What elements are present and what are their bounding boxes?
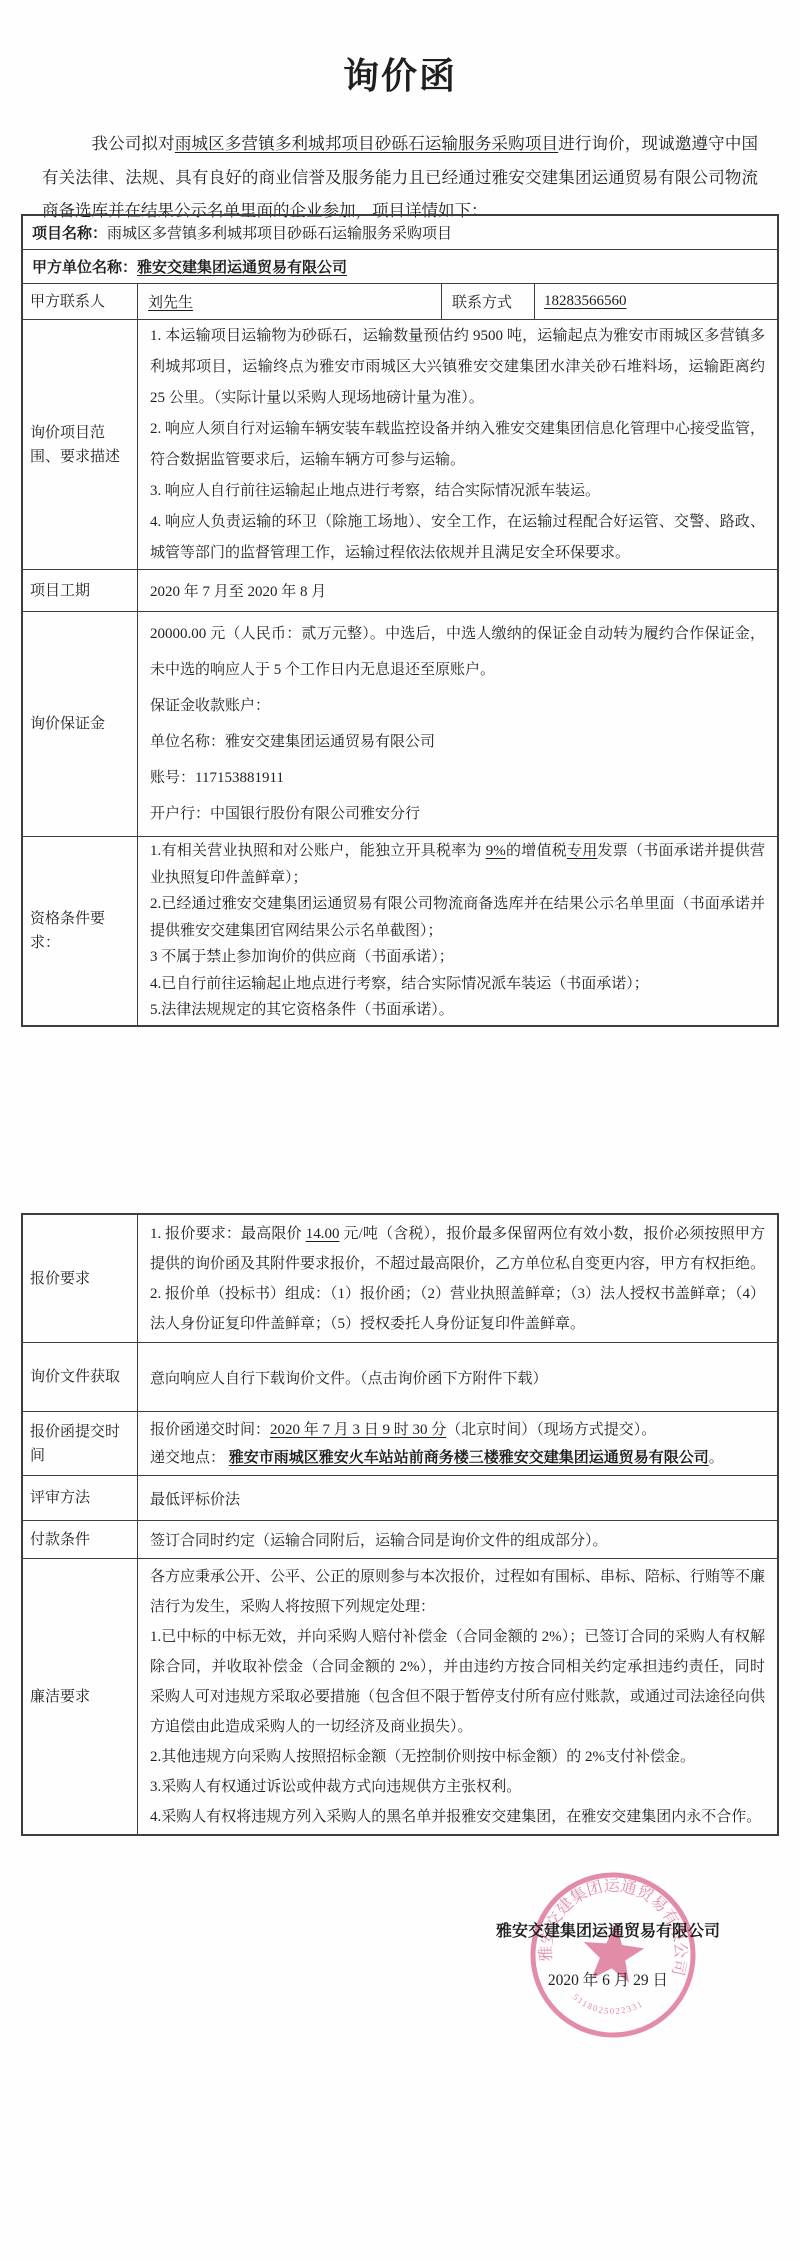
review-method-value: 最低评标价法 [138, 1476, 777, 1520]
contact-name: 刘先生 [148, 291, 193, 312]
contact-name-cell: 刘先生 [138, 284, 442, 319]
project-name-row: 项目名称：雨城区多营镇多利城邦项目砂砾石运输服务采购项目 [23, 216, 777, 250]
signature-date: 2020 年 6 月 29 日 [430, 1968, 786, 1990]
deposit-paragraph: 单位名称：雅安交建集团运通贸易有限公司 [150, 724, 765, 760]
duration-label: 项目工期 [23, 570, 138, 611]
duration-value: 2020 年 7 月至 2020 年 8 月 [138, 570, 777, 611]
project-name-value: 雨城区多营镇多利城邦项目砂砾石运输服务采购项目 [107, 222, 452, 243]
integrity-row: 廉洁要求 各方应秉承公开、公平、公正的原则参与本次报价，过程如有围标、串标、陪标… [23, 1559, 777, 1834]
integrity-paragraph: 2.其他违规方向采购人按照招标金额（无控制价则按中标金额）的 2%支付补偿金。 [150, 1742, 765, 1772]
inquiry-letter-page: 询价函 我公司拟对雨城区多营镇多利城邦项目砂砾石运输服务采购项目进行询价，现诚邀… [0, 0, 800, 2261]
payment-terms-row: 付款条件 签订合同时约定（运输合同附后，运输合同是询价文件的组成部分）。 [23, 1521, 777, 1559]
quote-item: 2. 报价单（投标书）组成：（1）报价函；（2）营业执照盖鲜章；（3）法人授权书… [150, 1279, 765, 1339]
party-name-cell: 甲方单位名称：雅安交建集团运通贸易有限公司 [23, 250, 777, 283]
docs-value: 意向响应人自行下载询价文件。（点击询价函下方附件下载） [138, 1343, 777, 1411]
party-name-value: 雅安交建集团运通贸易有限公司 [137, 256, 347, 277]
quote-requirements-content: 1. 报价要求：最高限价 14.00 元/吨（含税），报价最多保留两位有效小数，… [138, 1215, 777, 1342]
stamp-serial-holder: 5118025022331 [569, 1991, 645, 2020]
contact-phone: 18283566560 [544, 293, 627, 310]
deposit-content: 20000.00 元（人民币：贰万元整）。中选后，中选人缴纳的保证金自动转为履约… [138, 612, 777, 836]
deposit-paragraph: 开户行：中国银行股份有限公司雅安分行 [150, 796, 765, 832]
contact-phone-cell: 18283566560 [535, 284, 777, 319]
review-method-row: 评审方法 最低评标价法 [23, 1476, 777, 1521]
duration-text: 2020 年 7 月至 2020 年 8 月 [150, 580, 765, 601]
qualification-item: 3 不属于禁止参加询价的供应商（书面承诺）； [150, 944, 765, 971]
payment-terms-label: 付款条件 [23, 1521, 138, 1558]
payment-terms-value: 签订合同时约定（运输合同附后，运输合同是询价文件的组成部分）。 [138, 1521, 777, 1558]
integrity-paragraph: 各方应秉承公开、公平、公正的原则参与本次报价，过程如有围标、串标、陪标、行贿等不… [150, 1562, 765, 1622]
scope-item: 3. 响应人自行前往运输起止地点进行考察，结合实际情况派车装运。 [150, 476, 765, 507]
submit-place-line: 递交地点： 雅安市雨城区雅安火车站站前商务楼三楼雅安交建集团运通贸易有限公司。 [150, 1444, 765, 1472]
contact-phone-label: 联系方式 [442, 284, 535, 319]
integrity-paragraph: 3.采购人有权通过诉讼或仲裁方式向违规供方主张权利。 [150, 1772, 765, 1802]
qualification-item: 2.已经通过雅安交建集团运通贸易有限公司物流商备选库并在结果公示名单里面（书面承… [150, 891, 765, 944]
docs-text: 意向响应人自行下载询价文件。（点击询价函下方附件下载） [150, 1367, 765, 1388]
party-name-label: 甲方单位名称： [32, 256, 137, 277]
scope-item: 1. 本运输项目运输物为砂砾石，运输数量预估约 9500 吨，运输起点为雅安市雨… [150, 321, 765, 414]
submit-time-row: 报价函提交时间 报价函递交时间：2020 年 7 月 3 日 9 时 30 分（… [23, 1412, 777, 1476]
deposit-paragraph: 账号：117153881911 [150, 760, 765, 796]
quote-requirements-row: 报价要求 1. 报价要求：最高限价 14.00 元/吨（含税），报价最多保留两位… [23, 1215, 777, 1343]
deposit-paragraph: 保证金收款账户： [150, 688, 765, 724]
payment-terms-text: 签订合同时约定（运输合同附后，运输合同是询价文件的组成部分）。 [150, 1529, 765, 1550]
submit-time-content: 报价函递交时间：2020 年 7 月 3 日 9 时 30 分（北京时间）（现场… [138, 1412, 777, 1475]
integrity-label: 廉洁要求 [23, 1559, 138, 1834]
deposit-row: 询价保证金 20000.00 元（人民币：贰万元整）。中选后，中选人缴纳的保证金… [23, 612, 777, 837]
contact-row: 甲方联系人 刘先生 联系方式 18283566560 [23, 284, 777, 320]
integrity-paragraph: 1.已中标的中标无效，并向采购人赔付补偿金（合同金额的 2%）；已签订合同的采购… [150, 1622, 765, 1742]
stamp-serial: 5118025022331 [569, 1991, 645, 2020]
signature-block: 雅安交建集团运通贸易有限公司 2020 年 6 月 29 日 [430, 1918, 786, 1990]
quote-item: 1. 报价要求：最高限价 14.00 元/吨（含税），报价最多保留两位有效小数，… [150, 1219, 765, 1279]
scope-item: 4. 响应人负责运输的环卫（除施工场地）、安全工作，在运输过程配合好运管、交警、… [150, 507, 765, 569]
qualification-content: 1.有相关营业执照和对公账户，能独立开具税率为 9%的增值税专用发票（书面承诺并… [138, 837, 777, 1025]
intro-paragraph: 我公司拟对雨城区多营镇多利城邦项目砂砾石运输服务采购项目进行询价，现诚邀遵守中国… [42, 127, 758, 228]
submit-time-label: 报价函提交时间 [23, 1412, 138, 1475]
qualification-item: 1.有相关营业执照和对公账户，能独立开具税率为 9%的增值税专用发票（书面承诺并… [150, 838, 765, 891]
phone-label-text: 联系方式 [452, 291, 512, 312]
scope-label: 询价项目范围、要求描述 [23, 320, 138, 569]
integrity-paragraph: 4.采购人有权将违规方列入采购人的黑名单并报雅安交建集团，在雅安交建集团内永不合… [150, 1802, 765, 1832]
docs-row: 询价文件获取 意向响应人自行下载询价文件。（点击询价函下方附件下载） [23, 1343, 777, 1412]
party-name-row: 甲方单位名称：雅安交建集团运通贸易有限公司 [23, 250, 777, 284]
contact-label: 甲方联系人 [23, 284, 138, 319]
deposit-paragraph: 20000.00 元（人民币：贰万元整）。中选后，中选人缴纳的保证金自动转为履约… [150, 616, 765, 688]
signature-company: 雅安交建集团运通贸易有限公司 [430, 1918, 786, 1941]
scope-item: 2. 响应人须自行对运输车辆安装车载监控设备并纳入雅安交建集团信息化管理中心接受… [150, 414, 765, 476]
quote-requirements-label: 报价要求 [23, 1215, 138, 1342]
scope-row: 询价项目范围、要求描述 1. 本运输项目运输物为砂砾石，运输数量预估约 9500… [23, 320, 777, 570]
qualification-item: 4.已自行前往运输起止地点进行考察，结合实际情况派车装运（书面承诺）； [150, 971, 765, 998]
page-title: 询价函 [0, 48, 800, 99]
qualification-label: 资格条件要求： [23, 837, 138, 1025]
qualification-row: 资格条件要求： 1.有相关营业执照和对公账户，能独立开具税率为 9%的增值税专用… [23, 837, 777, 1025]
review-method-text: 最低评标价法 [150, 1488, 765, 1509]
scope-content: 1. 本运输项目运输物为砂砾石，运输数量预估约 9500 吨，运输起点为雅安市雨… [138, 320, 777, 569]
integrity-content: 各方应秉承公开、公平、公正的原则参与本次报价，过程如有围标、串标、陪标、行贿等不… [138, 1559, 777, 1834]
project-name-label: 项目名称： [32, 222, 107, 243]
review-method-label: 评审方法 [23, 1476, 138, 1520]
submit-time-line: 报价函递交时间：2020 年 7 月 3 日 9 时 30 分（北京时间）（现场… [150, 1416, 765, 1444]
project-info-table: 项目名称：雨城区多营镇多利城邦项目砂砾石运输服务采购项目 甲方单位名称：雅安交建… [21, 214, 779, 1027]
duration-row: 项目工期 2020 年 7 月至 2020 年 8 月 [23, 570, 777, 612]
docs-label: 询价文件获取 [23, 1343, 138, 1411]
deposit-label: 询价保证金 [23, 612, 138, 836]
qualification-item: 5.法律法规规定的其它资格条件（书面承诺）。 [150, 997, 765, 1024]
quotation-terms-table: 报价要求 1. 报价要求：最高限价 14.00 元/吨（含税），报价最多保留两位… [21, 1213, 779, 1836]
project-name-cell: 项目名称：雨城区多营镇多利城邦项目砂砾石运输服务采购项目 [23, 216, 777, 249]
